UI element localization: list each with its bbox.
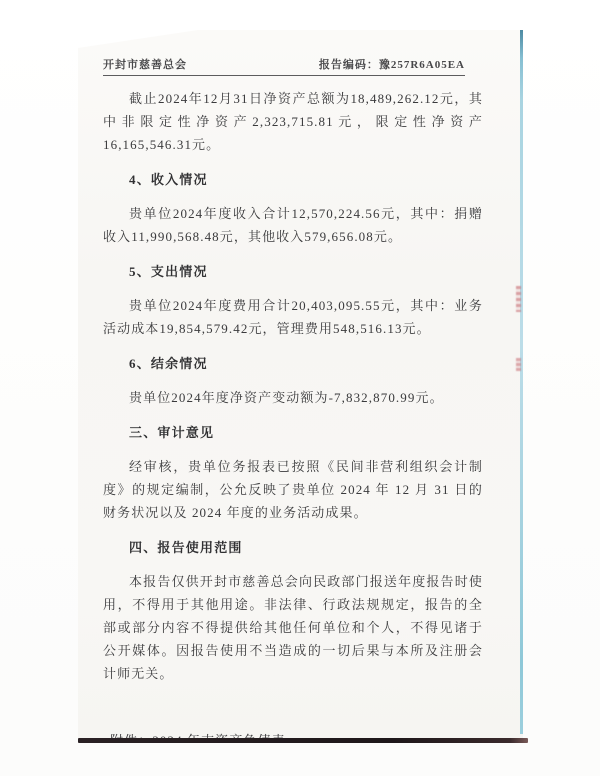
section-heading-report-scope: 四、报告使用范围 [103,536,483,559]
report-code-label: 报告编码： [319,59,379,71]
book-edge-right [520,30,523,734]
page-header: 开封市慈善总会 报告编码：豫257R6A05EA [103,56,465,76]
attachment-list: 2024 年末资产负债表 2024 年业务活动表 [152,727,285,776]
scan-background: 开封市慈善总会 报告编码：豫257R6A05EA 截止2024年12月31日净资… [0,0,600,776]
section-heading-balance: 6、结余情况 [103,352,483,375]
red-ink-bleed-mark [516,358,521,371]
expense-paragraph: 贵单位2024年度费用合计20,403,095.55元，其中：业务活动成本19,… [103,294,483,340]
report-code-value: 豫257R6A05EA [379,59,465,71]
scan-bottom-edge [78,738,528,743]
audit-opinion-paragraph: 经审核，贵单位务报表已按照《民间非营利组织会计制度》的规定编制，公允反映了贵单位… [103,455,483,524]
attachment-label: 附件： [110,727,152,776]
section-heading-income: 4、收入情况 [103,168,483,191]
red-ink-bleed-mark [516,286,521,312]
document-page: 开封市慈善总会 报告编码：豫257R6A05EA 截止2024年12月31日净资… [78,30,523,738]
balance-paragraph: 贵单位2024年度净资产变动额为-7,832,870.99元。 [103,386,483,409]
attachment-block: 附件： 2024 年末资产负债表 2024 年业务活动表 [110,727,483,776]
org-name: 开封市慈善总会 [103,56,187,72]
net-assets-paragraph: 截止2024年12月31日净资产总额为18,489,262.12元，其中非限定性… [103,87,483,156]
section-heading-expense: 5、支出情况 [103,260,483,283]
section-heading-audit-opinion: 三、审计意见 [103,421,483,444]
attachment-line-activity-table: 2024 年业务活动表 [152,755,285,776]
income-paragraph: 贵单位2024年度收入合计12,570,224.56元，其中：捐赠收入11,99… [103,202,483,248]
report-scope-paragraph: 本报告仅供开封市慈善总会向民政部门报送年度报告时使用，不得用于其他用途。非法律、… [103,570,483,685]
report-code: 报告编码：豫257R6A05EA [319,56,465,72]
